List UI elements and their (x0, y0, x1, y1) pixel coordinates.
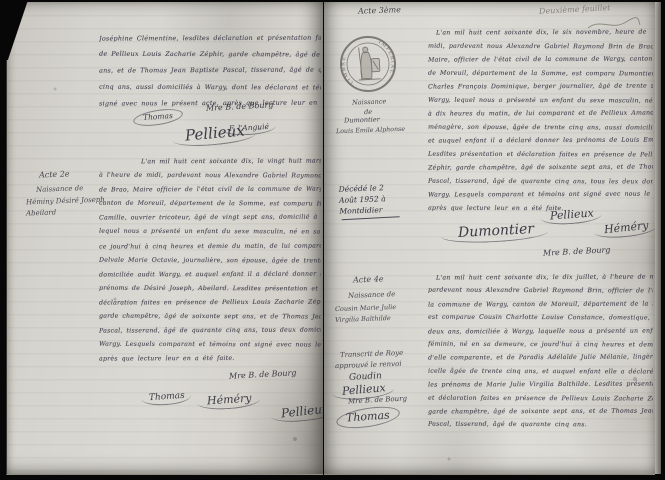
manuscript-line: midi, pardevant nous Alexandre Gabriel R… (428, 39, 653, 53)
manuscript-line: déclaration faites en présence de Pellie… (99, 295, 321, 310)
margin-act2-number: Acte 2e (39, 169, 70, 179)
signature-dumontier-act3: Dumontier (458, 221, 535, 241)
manuscript-line: à dix heures du matin, de lui comparant … (428, 107, 653, 121)
manuscript-line: Wargy. Lesquels comparant et témoins ont… (99, 338, 321, 353)
margin-act3-name-2: Louis Emile Alphonse (336, 126, 405, 135)
manuscript-line: Delvale Marie Octavie, journalière, son … (99, 253, 321, 268)
left-page: Joséphine Clémentine, lesdites déclarati… (6, 2, 323, 475)
manuscript-line: Lesdites présentation et déclaration fai… (428, 147, 653, 161)
manuscript-line: Camille, ouvrier tricoteur, âgé de vingt… (99, 211, 321, 226)
signature-clerk-paraph-act3: Mre B. de Bourg (543, 245, 611, 258)
margin-act4-number: Acte 4e (353, 274, 384, 284)
manuscript-line: Maire, officier de l'état civil de la co… (428, 53, 653, 67)
act2-body-text: L'an mil huit cent soixante dix, le ving… (99, 155, 321, 366)
manuscript-line: Charles François Dominique, berger journ… (428, 80, 653, 94)
signature-thomas-act1: Thomas (143, 111, 173, 122)
manuscript-line: Pascal, tisserand, âgé de quarante cinq … (428, 174, 653, 188)
manuscript-line: icelle âgée de trente cinq ans, et auque… (428, 364, 653, 378)
act4-body-text: L'an mil huit cent soixante dix, le dix … (428, 271, 653, 432)
signature-hemery-act2: Héméry (207, 391, 252, 407)
manuscript-line: pardevant nous Alexandre Gabriel Raymond… (428, 284, 653, 298)
margin-act4-title: Naissance de (348, 290, 396, 300)
page-stack-edge (655, 2, 661, 474)
manuscript-line: Pascal, tisserand, âgé de quarante cinq … (99, 324, 321, 339)
margin-act4-name-1: Cousin Marie Julie (335, 303, 396, 313)
signature-hemery-act3: Héméry (603, 219, 649, 237)
manuscript-line: Pascal, tisserand, âgé de quarante cinq … (428, 418, 653, 432)
manuscript-line: la commune de Wargy, canton de Moreuil, … (428, 297, 653, 311)
signature-pellieux-act1: Pellieux (184, 121, 245, 144)
margin-act4-renvoi-2: approuvé le renvoi (335, 360, 402, 370)
manuscript-line: deux ans, domiciliée à Wargy, laquelle n… (428, 324, 653, 338)
manuscript-line: garde champêtre, âgé de soixante sept an… (99, 310, 321, 325)
margin-act3-title-1: Naissance (352, 97, 387, 106)
manuscript-line: prénoms de Désiré Joseph, Abeilard. Lesd… (99, 281, 321, 296)
manuscript-line: est comparue Cousin Charlotte Louise Con… (428, 311, 653, 325)
margin-act3-name-1: Dumontier (344, 115, 380, 124)
signature-thomas-act2: Thomas (149, 391, 185, 403)
margin-act4-renvoi-1: Transcrit de Roye (340, 349, 404, 359)
act3-body-text: L'an mil huit cent soixante dix, le six … (428, 26, 653, 215)
pencil-folio-note: Deuxième feuillet (539, 3, 611, 16)
manuscript-line: et auquel enfant il a déclaré donner les… (428, 134, 653, 148)
signature-thomas-act4: Thomas (346, 408, 390, 424)
manuscript-line: Wargy, lequel nous a présenté un enfant … (428, 93, 653, 107)
manuscript-line: L'an mil huit cent soixante dix, le six … (428, 26, 653, 40)
manuscript-line: ce jourd'hui à cinq heures et demie du m… (99, 239, 321, 254)
signature-pellieux-act3: Pellieux (550, 206, 595, 222)
manuscript-line: lequel nous a présenté un enfant du sexe… (99, 225, 321, 240)
margin-act2-name-2: Abeilard (26, 208, 56, 217)
act3-header: Acte 3ème (358, 5, 401, 15)
register-scan: Joséphine Clémentine, lesdites déclarati… (0, 0, 665, 480)
manuscript-line: les prénoms de Marie Julie Virgilia Balt… (428, 378, 653, 392)
manuscript-line: après que lecture leur en a été faite. (428, 201, 653, 215)
manuscript-line: domiciliée audit Wargy, et auquel enfant… (99, 267, 321, 282)
manuscript-line: de Pellieux Louis Zacharie Zéphir, garde… (99, 46, 321, 63)
margin-act2-title: Naissance de (36, 184, 84, 194)
margin-death-note: Décédé le 2 Août 1952 à Montdidier (338, 182, 386, 217)
signature-clerk-paraph-act4: Mre B. de Bourg (348, 394, 407, 405)
stamp-allegory-figure (357, 46, 381, 80)
manuscript-line: ans, et de Thomas Jean Baptiste Pascal, … (99, 62, 321, 79)
death-note-line: Montdidier (339, 204, 386, 217)
manuscript-line: ménagère, son épouse, âgée de trente cin… (428, 120, 653, 134)
manuscript-line: Joséphine Clémentine, lesdites déclarati… (99, 30, 321, 47)
margin-act4-name-2: Virgilia Balthilde (335, 314, 391, 324)
manuscript-line: et déclaration faites en présence de Pel… (428, 391, 653, 405)
signature-clerk-paraph-act2: Mre B. de Bourg (229, 368, 297, 381)
manuscript-line: de Moreuil, département de la Somme, est… (428, 66, 653, 80)
manuscript-line: Wargy. Lesquels comparant et témoins ont… (428, 188, 653, 202)
margin-act2-name-1: Héminy Désiré Joseph (26, 196, 105, 207)
manuscript-line: après que lecture leur en a été faite. (99, 352, 321, 367)
manuscript-line: L'an mil huit cent soixante dix, le ving… (99, 155, 321, 170)
manuscript-line: canton de Moreuil, département de la Som… (99, 197, 321, 212)
timbre-imperial-stamp: TIMBRE IMPÉRIAL (336, 32, 399, 95)
signature-pellieux-act2: Pellieux (280, 402, 323, 421)
manuscript-line: cinq ans, aussi domiciliés à Wargy, dont… (99, 78, 321, 95)
right-page: Acte 3ème Deuxième feuillet TIMBRE IMPÉR… (324, 2, 655, 475)
manuscript-line: Zéphir, garde champêtre, âgé de soixante… (428, 161, 653, 175)
act1-continuation-text: Joséphine Clémentine, lesdites déclarati… (99, 30, 321, 111)
manuscript-line: à l'heure de midi, pardevant nous Alexan… (99, 169, 321, 184)
manuscript-line: d'elle comparante, et de Paradis Adélaïd… (428, 351, 653, 365)
manuscript-line: de Brao, Maire officier de l'état civil … (99, 183, 321, 198)
